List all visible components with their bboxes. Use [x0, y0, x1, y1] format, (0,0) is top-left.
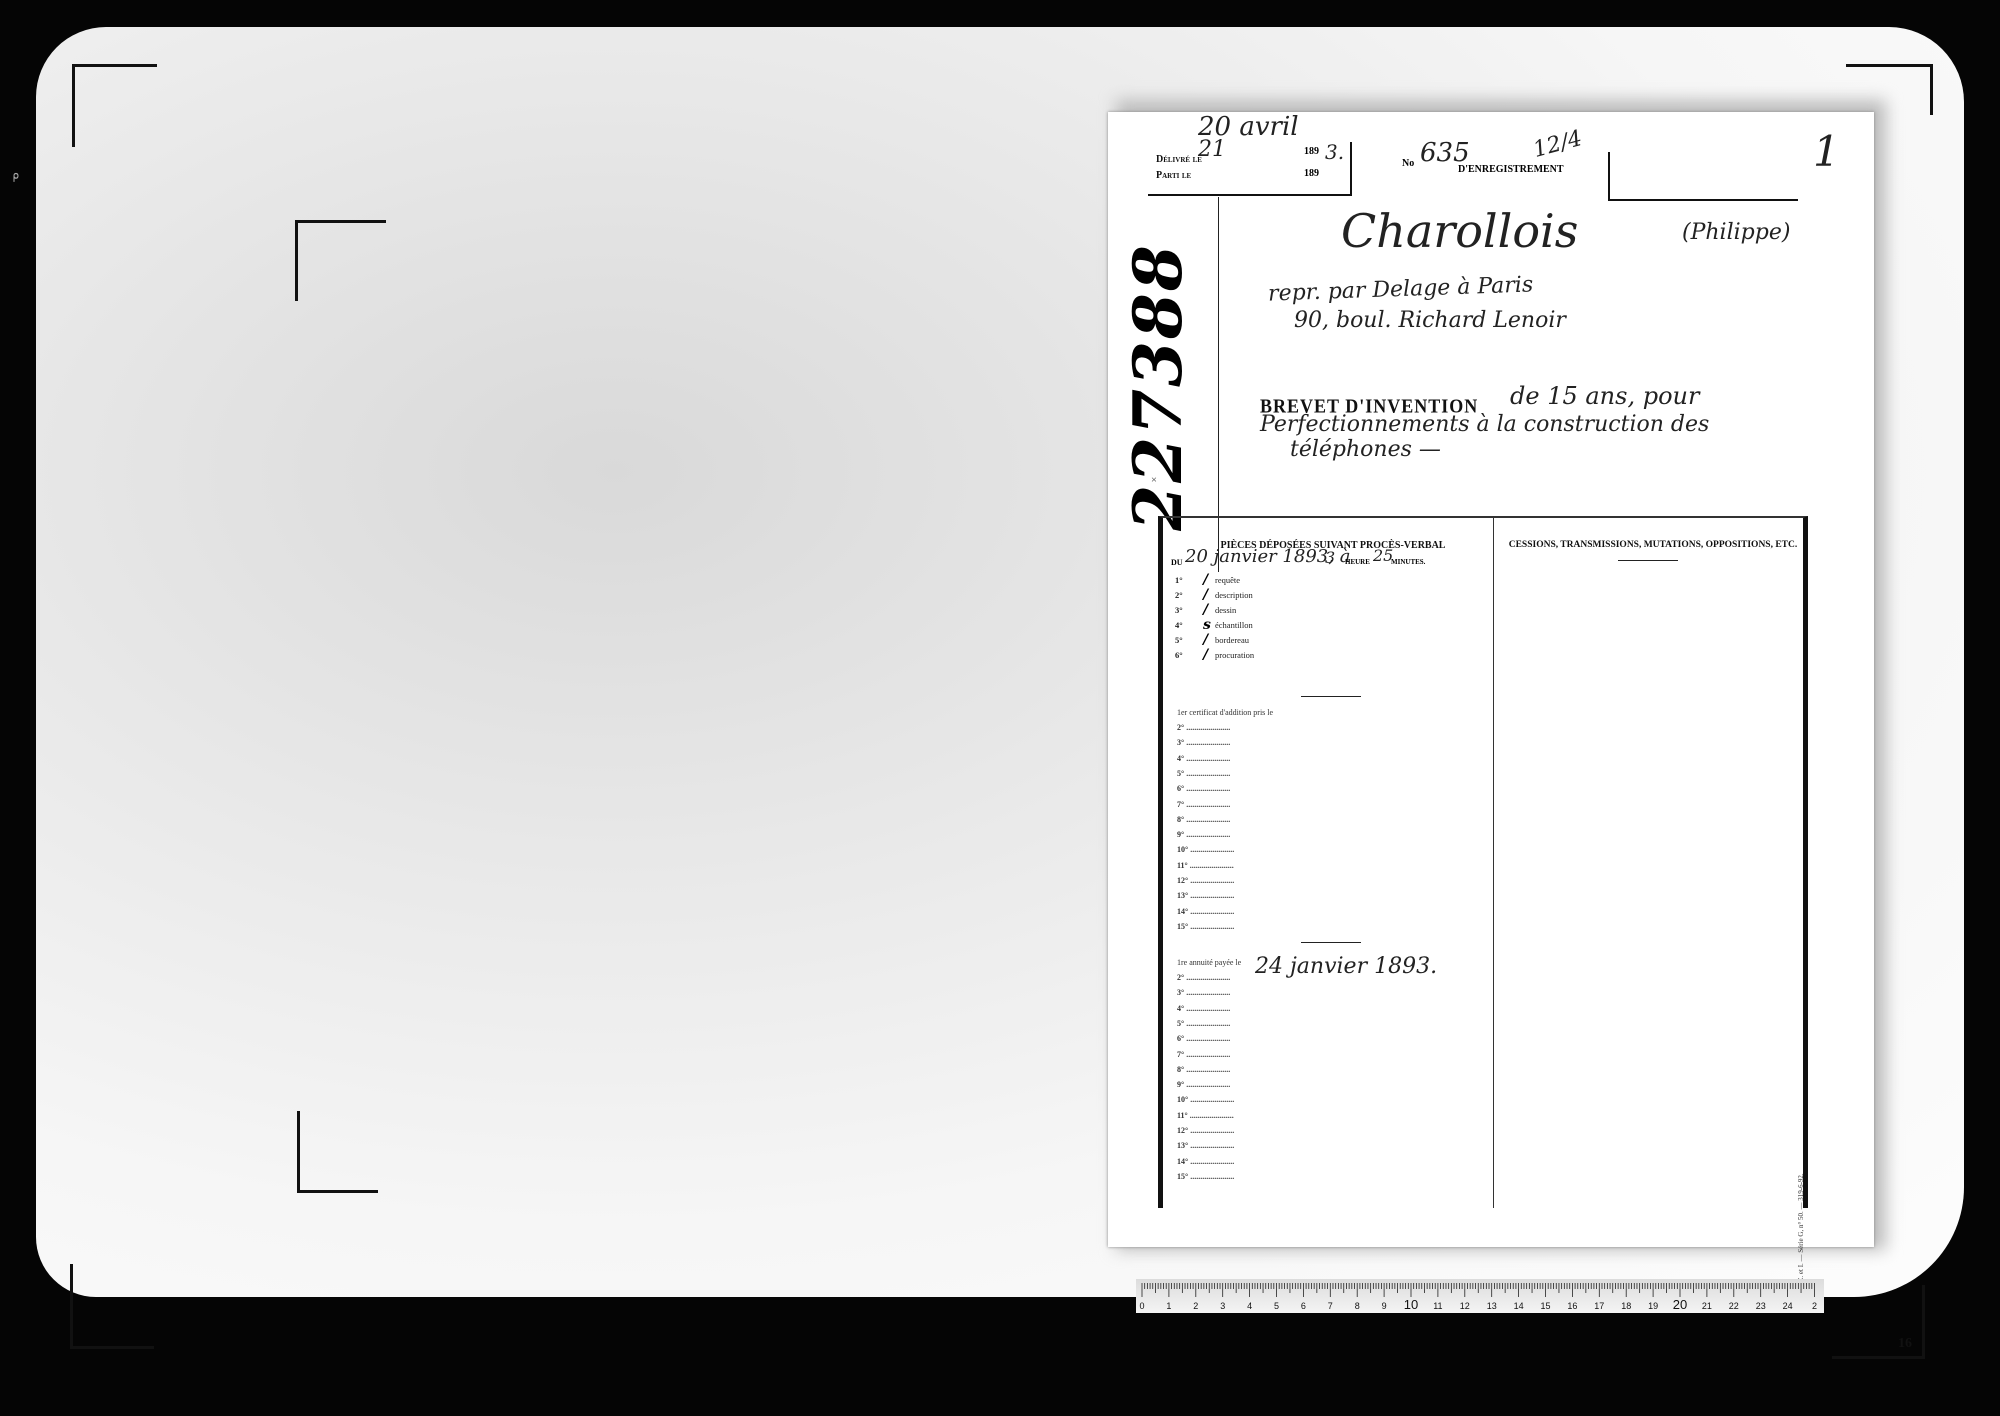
delivered-year-suffix: 3. — [1325, 140, 1344, 164]
piece-label: dessin — [1215, 605, 1236, 615]
dotted-row: 4° ...................... — [1177, 1004, 1230, 1013]
dotted-row: 6° ...................... — [1177, 1034, 1230, 1043]
register-table: PIÈCES DÉPOSÉES SUIVANT PROCÈS-VERBAL DU… — [1158, 516, 1808, 1208]
svg-text:16: 16 — [1567, 1301, 1577, 1311]
piece-check-mark: / — [1203, 602, 1215, 618]
delivered-label: Délivré le — [1156, 154, 1202, 165]
dotted-row: 10° ...................... — [1177, 1095, 1234, 1104]
piece-row: 5°/bordereau — [1175, 632, 1249, 648]
delivered-year: 189 — [1304, 146, 1319, 157]
piece-check-mark: / — [1203, 587, 1215, 603]
piece-check-mark: / — [1203, 647, 1215, 663]
svg-text:9: 9 — [1382, 1301, 1387, 1311]
owner-address: 90, boul. Richard Lenoir — [1294, 308, 1566, 333]
reference-fraction: 12/4 — [1531, 126, 1585, 163]
tiny-mark: × — [1149, 477, 1160, 483]
svg-text:2: 2 — [1193, 1301, 1198, 1311]
owner-first-name: (Philippe) — [1682, 220, 1790, 245]
dotted-row: 15° ...................... — [1177, 1172, 1234, 1181]
column-divider — [1493, 518, 1494, 1208]
dotted-row: 5° ...................... — [1177, 769, 1230, 778]
du-label: DU — [1171, 558, 1183, 567]
hour-label: HEURE — [1345, 558, 1370, 566]
svg-text:13: 13 — [1487, 1301, 1497, 1311]
piece-row: 3°/dessin — [1175, 602, 1236, 618]
departed-label: Parti le — [1156, 170, 1191, 181]
svg-text:7: 7 — [1328, 1301, 1333, 1311]
svg-text:8: 8 — [1355, 1301, 1360, 1311]
svg-text:5: 5 — [1274, 1301, 1279, 1311]
corner-mark-top-left-outer — [72, 64, 157, 147]
dotted-row: 9° ...................... — [1177, 830, 1230, 839]
piece-label: bordereau — [1215, 635, 1249, 645]
dotted-row: 14° ...................... — [1177, 907, 1234, 916]
deposit-hour: 3 — [1325, 548, 1335, 567]
dotted-row: 15° ...................... — [1177, 922, 1234, 931]
svg-text:19: 19 — [1648, 1301, 1658, 1311]
piece-row: 2°/description — [1175, 587, 1253, 603]
piece-label: requête — [1215, 575, 1240, 585]
page-number: 1 — [1813, 127, 1840, 176]
svg-text:2: 2 — [1812, 1301, 1817, 1311]
svg-text:14: 14 — [1514, 1301, 1524, 1311]
dotted-row: 3° ...................... — [1177, 988, 1230, 997]
dotted-row: 4° ...................... — [1177, 754, 1230, 763]
dotted-row: 13° ...................... — [1177, 891, 1234, 900]
minutes-label: MINUTES. — [1391, 558, 1425, 566]
corner-mark-bottom-left-inner — [297, 1111, 378, 1193]
dotted-row: 8° ...................... — [1177, 1065, 1230, 1074]
dates-box — [1148, 142, 1352, 196]
piece-row: 4°séchantillon — [1175, 617, 1253, 633]
svg-text:23: 23 — [1756, 1301, 1766, 1311]
piece-number: 3° — [1175, 605, 1203, 615]
dotted-row: 12° ...................... — [1177, 876, 1234, 885]
separator — [1618, 560, 1678, 561]
svg-text:11: 11 — [1433, 1301, 1442, 1311]
piece-number: 1° — [1175, 575, 1203, 585]
dotted-row: 7° ...................... — [1177, 1050, 1230, 1059]
piece-label: échantillon — [1215, 620, 1253, 630]
printer-note: M. C. et I. — Série G, n° 50. — 319-6-92… — [1791, 1098, 1805, 1298]
corner-mark-top-left-inner — [295, 220, 386, 301]
svg-text:22: 22 — [1729, 1301, 1739, 1311]
registration-label: D'ENREGISTREMENT — [1458, 164, 1564, 175]
patent-document: Délivré le Parti le 20 avril 21 189 189 … — [1108, 112, 1874, 1247]
dotted-row: 2° ...................... — [1177, 723, 1230, 732]
piece-number: 4° — [1175, 620, 1203, 630]
annuity-first-date: 24 janvier 1893. — [1255, 954, 1437, 979]
svg-text:1: 1 — [1166, 1301, 1171, 1311]
piece-label: procuration — [1215, 650, 1254, 660]
dotted-row: 3° ...................... — [1177, 738, 1230, 747]
owner-surname: Charollois — [1341, 204, 1578, 258]
edge-mark: ᓀ — [8, 172, 23, 182]
departed-date: 21 — [1198, 137, 1226, 162]
dotted-row: 2° ...................... — [1177, 973, 1230, 982]
dotted-row: 5° ...................... — [1177, 1019, 1230, 1028]
piece-number: 2° — [1175, 590, 1203, 600]
stamp-box — [1608, 152, 1798, 201]
owner-representative: repr. par Delage à Paris — [1268, 272, 1534, 306]
svg-text:12: 12 — [1460, 1301, 1470, 1311]
svg-text:0: 0 — [1139, 1301, 1144, 1311]
svg-text:3: 3 — [1220, 1301, 1225, 1311]
piece-number: 6° — [1175, 650, 1203, 660]
piece-number: 5° — [1175, 635, 1203, 645]
patent-duration: de 15 ans, pour — [1510, 382, 1699, 410]
ruler-scale: 0123456789101112131415161718192021222324… — [1136, 1279, 1824, 1313]
dotted-row: 13° ...................... — [1177, 1141, 1234, 1150]
piece-check-mark: / — [1203, 632, 1215, 648]
cessions-title: CESSIONS, TRANSMISSIONS, MUTATIONS, OPPO… — [1508, 540, 1798, 550]
frame-number: 16 — [1898, 1336, 1912, 1352]
dotted-row: 6° ...................... — [1177, 784, 1230, 793]
dotted-row: 12° ...................... — [1177, 1126, 1234, 1135]
svg-text:10: 10 — [1404, 1297, 1418, 1312]
svg-text:6: 6 — [1301, 1301, 1306, 1311]
svg-text:21: 21 — [1702, 1301, 1712, 1311]
patent-subject: Perfectionnements à la construction des … — [1260, 412, 1709, 462]
piece-check-mark: / — [1203, 572, 1215, 588]
piece-row: 1°/requête — [1175, 572, 1240, 588]
dotted-row: 11° ...................... — [1177, 861, 1234, 870]
measurement-ruler: 0123456789101112131415161718192021222324… — [1136, 1279, 1824, 1313]
piece-row: 6°/procuration — [1175, 647, 1254, 663]
dotted-row: 7° ...................... — [1177, 800, 1230, 809]
dotted-row: 8° ...................... — [1177, 815, 1230, 824]
dotted-row: 14° ...................... — [1177, 1157, 1234, 1166]
svg-text:20: 20 — [1673, 1297, 1687, 1312]
annuity-first: 1re annuité payée le — [1177, 958, 1241, 967]
corner-mark-bottom-left-outer — [70, 1264, 154, 1349]
piece-label: description — [1215, 590, 1253, 600]
svg-text:18: 18 — [1621, 1301, 1631, 1311]
svg-text:15: 15 — [1540, 1301, 1550, 1311]
dotted-row: 9° ...................... — [1177, 1080, 1230, 1089]
svg-text:24: 24 — [1783, 1301, 1793, 1311]
certificate-first: 1er certificat d'addition pris le — [1177, 708, 1273, 717]
svg-text:17: 17 — [1594, 1301, 1604, 1311]
registration-prefix: No — [1402, 158, 1414, 169]
dotted-row: 10° ...................... — [1177, 845, 1234, 854]
departed-year: 189 — [1304, 168, 1319, 179]
dotted-row: 11° ...................... — [1177, 1111, 1234, 1120]
separator — [1301, 942, 1361, 943]
separator — [1301, 696, 1361, 697]
svg-text:4: 4 — [1247, 1301, 1252, 1311]
piece-check-mark: s — [1203, 617, 1215, 633]
